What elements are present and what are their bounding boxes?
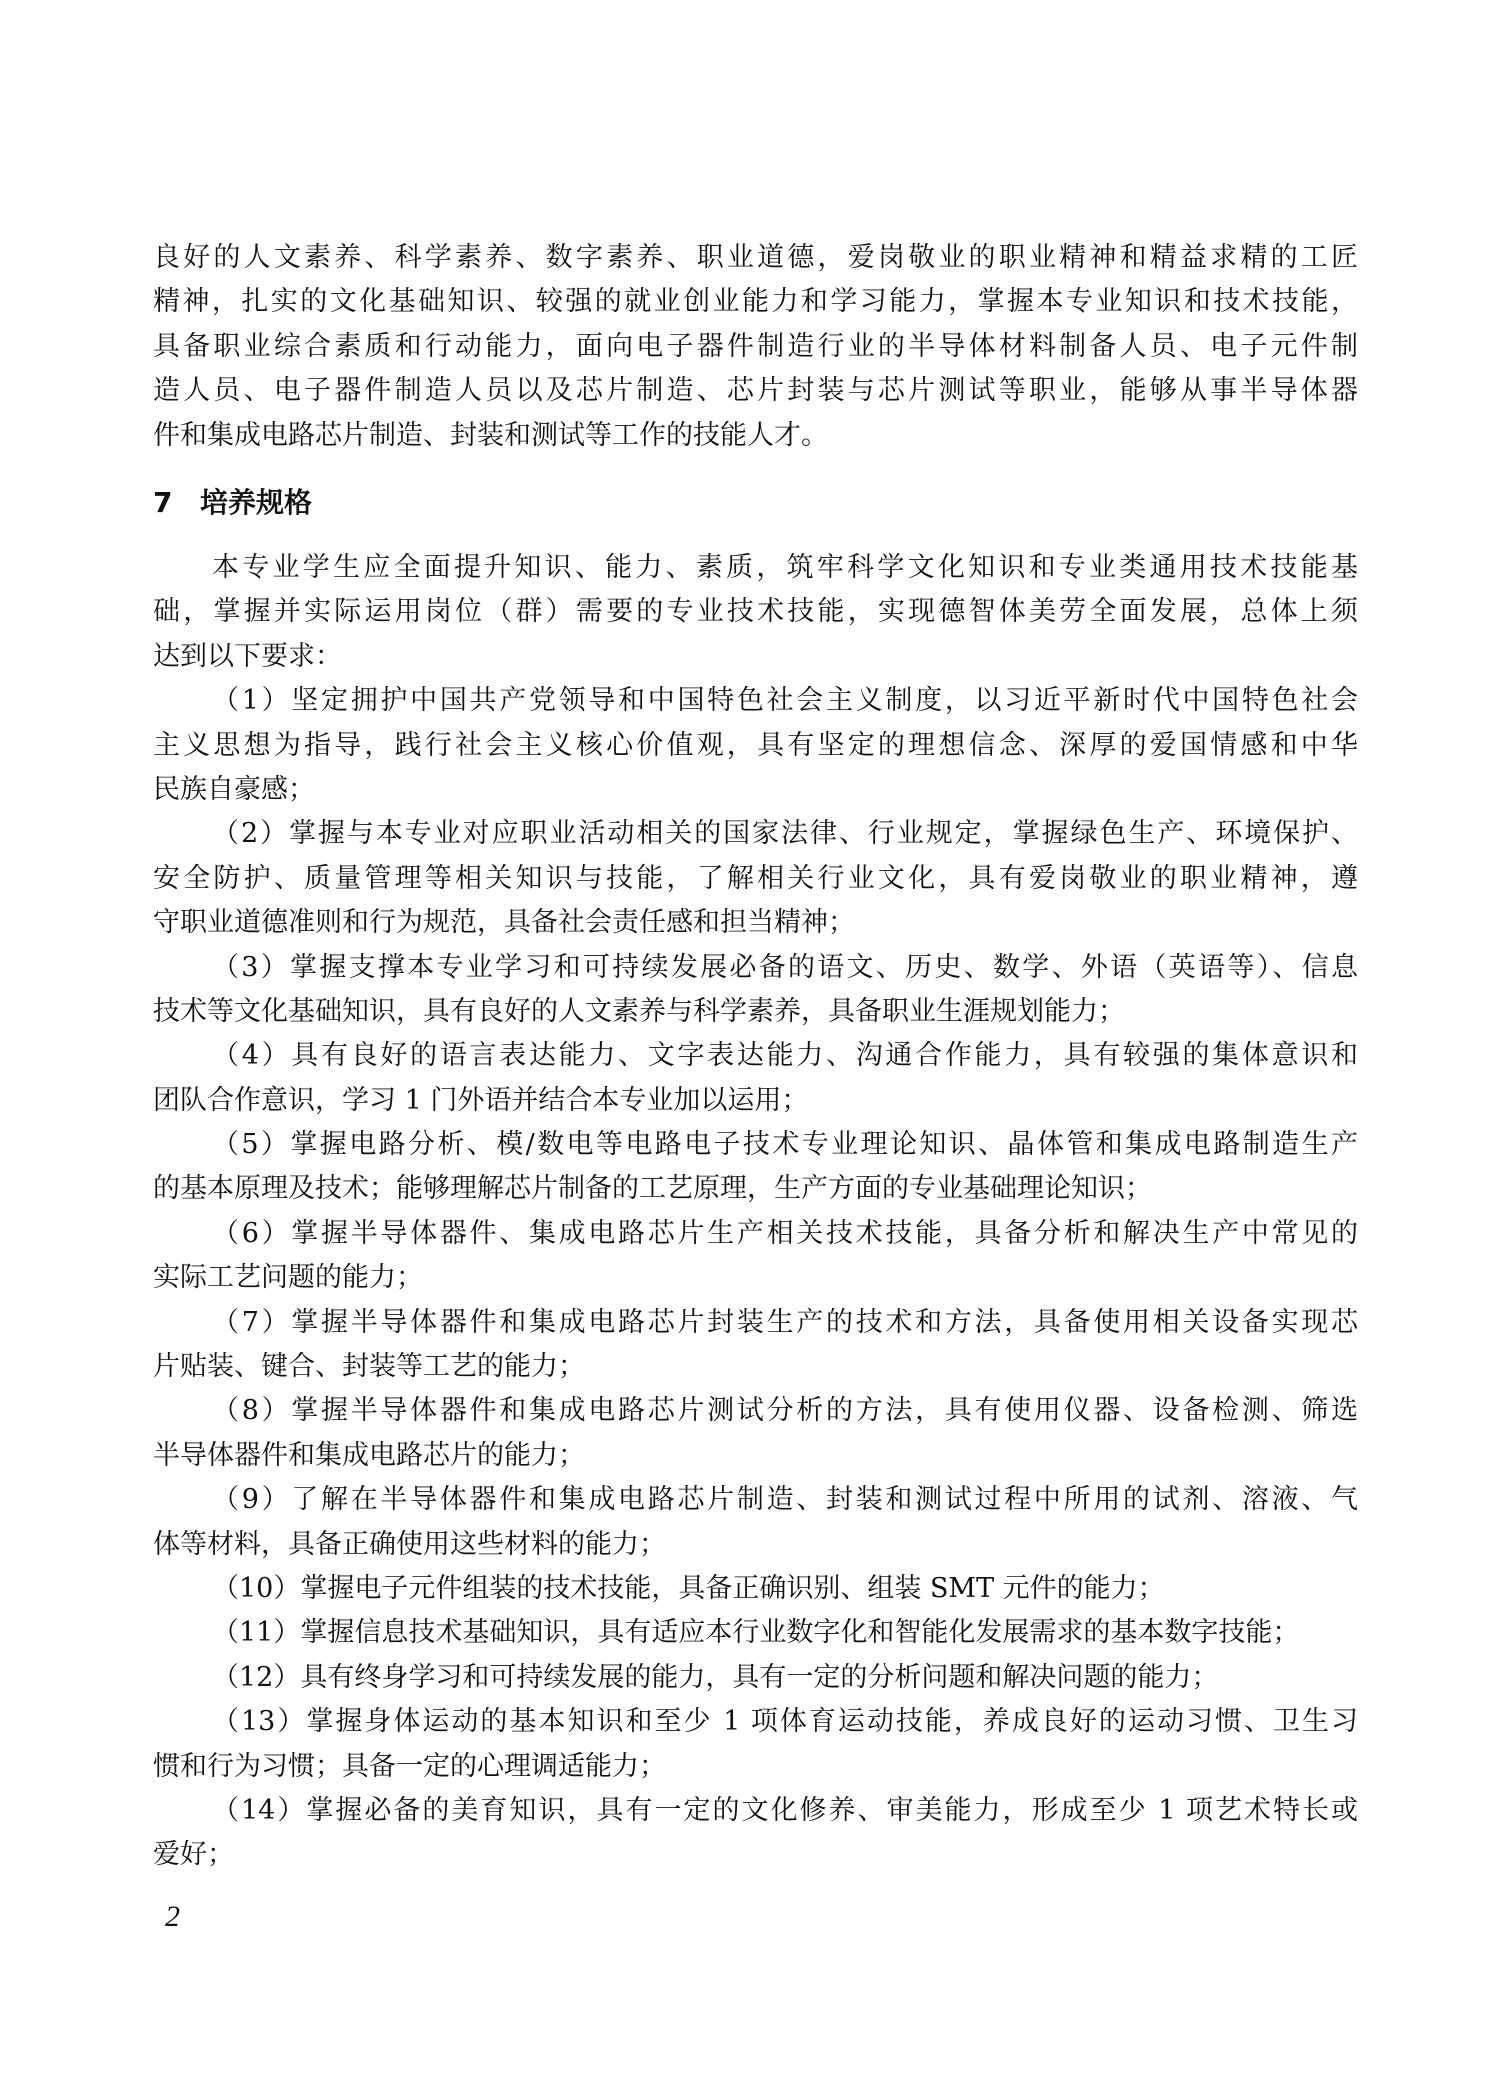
- requirement-line: 安全防护、质量管理等相关知识与技能，了解相关行业文化，具有爱岗敬业的职业精神，遵: [153, 857, 1358, 901]
- requirement-line: （12）具有终身学习和可持续发展的能力，具有一定的分析问题和解决问题的能力；: [153, 1656, 1358, 1700]
- requirement-item: （4）具有良好的语言表达能力、文字表达能力、沟通合作能力，具有较强的集体意识和团…: [153, 1034, 1358, 1123]
- requirement-line: （10）掌握电子元件组装的技术技能，具备正确识别、组装 SMT 元件的能力；: [153, 1567, 1358, 1611]
- section-number: 7: [153, 481, 200, 525]
- requirement-line: （4）具有良好的语言表达能力、文字表达能力、沟通合作能力，具有较强的集体意识和: [153, 1034, 1358, 1078]
- page-number: 2: [165, 1900, 180, 1934]
- section-title: 培养规格: [200, 486, 312, 519]
- requirement-line: （6）掌握半导体器件、集成电路芯片生产相关技术技能，具备分析和解决生产中常见的: [153, 1212, 1358, 1256]
- paragraph-line: 造人员、电子器件制造人员以及芯片制造、芯片封装与芯片测试等职业，能够从事半导体器: [153, 369, 1358, 413]
- requirement-line: （2）掌握与本专业对应职业活动相关的国家法律、行业规定，掌握绿色生产、环境保护、: [153, 812, 1358, 856]
- paragraph-line: 件和集成电路芯片制造、封装和测试等工作的技能人才。: [153, 414, 1358, 458]
- lead-paragraph: 本专业学生应全面提升知识、能力、素质，筑牢科学文化知识和专业类通用技术技能基 础…: [153, 546, 1358, 679]
- paragraph-line: 达到以下要求：: [153, 635, 1358, 679]
- requirement-line: 技术等文化基础知识，具有良好的人文素养与科学素养，具备职业生涯规划能力；: [153, 990, 1358, 1034]
- requirement-item: （9）了解在半导体器件和集成电路芯片制造、封装和测试过程中所用的试剂、溶液、气体…: [153, 1478, 1358, 1567]
- requirement-line: （11）掌握信息技术基础知识，具有适应本行业数字化和智能化发展需求的基本数字技能…: [153, 1611, 1358, 1655]
- requirement-item: （1）坚定拥护中国共产党领导和中国特色社会主义制度，以习近平新时代中国特色社会主…: [153, 679, 1358, 812]
- requirement-item: （11）掌握信息技术基础知识，具有适应本行业数字化和智能化发展需求的基本数字技能…: [153, 1611, 1358, 1655]
- requirement-line: 的基本原理及技术；能够理解芯片制备的工艺原理，生产方面的专业基础理论知识；: [153, 1167, 1358, 1211]
- paragraph-line: 本专业学生应全面提升知识、能力、素质，筑牢科学文化知识和专业类通用技术技能基: [153, 546, 1358, 590]
- section-body: 本专业学生应全面提升知识、能力、素质，筑牢科学文化知识和专业类通用技术技能基 础…: [153, 546, 1358, 1878]
- requirement-line: 片贴装、键合、封装等工艺的能力；: [153, 1345, 1358, 1389]
- paragraph-line: 具备职业综合素质和行动能力，面向电子器件制造行业的半导体材料制备人员、电子元件制: [153, 325, 1358, 369]
- requirement-line: （5）掌握电路分析、模/数电等电路电子技术专业理论知识、晶体管和集成电路制造生产: [153, 1123, 1358, 1167]
- requirement-line: 爱好；: [153, 1833, 1358, 1877]
- section-heading: 7培养规格: [153, 481, 312, 525]
- requirement-line: 守职业道德准则和行为规范，具备社会责任感和担当精神；: [153, 901, 1358, 945]
- requirement-line: 体等材料，具备正确使用这些材料的能力；: [153, 1523, 1358, 1567]
- requirement-item: （14）掌握必备的美育知识，具有一定的文化修养、审美能力，形成至少 1 项艺术特…: [153, 1789, 1358, 1878]
- requirement-item: （13）掌握身体运动的基本知识和至少 1 项体育运动技能，养成良好的运动习惯、卫…: [153, 1700, 1358, 1789]
- paragraph-line: 良好的人文素养、科学素养、数字素养、职业道德，爱岗敬业的职业精神和精益求精的工匠: [153, 236, 1358, 280]
- requirements-list: （1）坚定拥护中国共产党领导和中国特色社会主义制度，以习近平新时代中国特色社会主…: [153, 679, 1358, 1878]
- requirement-line: （1）坚定拥护中国共产党领导和中国特色社会主义制度，以习近平新时代中国特色社会: [153, 679, 1358, 723]
- requirement-line: 惯和行为习惯；具备一定的心理调适能力；: [153, 1745, 1358, 1789]
- requirement-item: （6）掌握半导体器件、集成电路芯片生产相关技术技能，具备分析和解决生产中常见的实…: [153, 1212, 1358, 1301]
- requirement-line: 团队合作意识，学习 1 门外语并结合本专业加以运用；: [153, 1079, 1358, 1123]
- requirement-line: 民族自豪感；: [153, 768, 1358, 812]
- requirement-line: 主义思想为指导，践行社会主义核心价值观，具有坚定的理想信念、深厚的爱国情感和中华: [153, 724, 1358, 768]
- requirement-line: 半导体器件和集成电路芯片的能力；: [153, 1434, 1358, 1478]
- requirement-item: （7）掌握半导体器件和集成电路芯片封装生产的技术和方法，具备使用相关设备实现芯片…: [153, 1301, 1358, 1390]
- requirement-item: （8）掌握半导体器件和集成电路芯片测试分析的方法，具有使用仪器、设备检测、筛选半…: [153, 1389, 1358, 1478]
- requirement-line: （13）掌握身体运动的基本知识和至少 1 项体育运动技能，养成良好的运动习惯、卫…: [153, 1700, 1358, 1744]
- requirement-item: （3）掌握支撑本专业学习和可持续发展必备的语文、历史、数学、外语（英语等）、信息…: [153, 946, 1358, 1035]
- requirement-line: （14）掌握必备的美育知识，具有一定的文化修养、审美能力，形成至少 1 项艺术特…: [153, 1789, 1358, 1833]
- requirement-line: 实际工艺问题的能力；: [153, 1256, 1358, 1300]
- paragraph-line: 础，掌握并实际运用岗位（群）需要的专业技术技能，实现德智体美劳全面发展，总体上须: [153, 590, 1358, 634]
- requirement-line: （3）掌握支撑本专业学习和可持续发展必备的语文、历史、数学、外语（英语等）、信息: [153, 946, 1358, 990]
- requirement-item: （12）具有终身学习和可持续发展的能力，具有一定的分析问题和解决问题的能力；: [153, 1656, 1358, 1700]
- requirement-line: （9）了解在半导体器件和集成电路芯片制造、封装和测试过程中所用的试剂、溶液、气: [153, 1478, 1358, 1522]
- requirement-item: （10）掌握电子元件组装的技术技能，具备正确识别、组装 SMT 元件的能力；: [153, 1567, 1358, 1611]
- requirement-line: （7）掌握半导体器件和集成电路芯片封装生产的技术和方法，具备使用相关设备实现芯: [153, 1301, 1358, 1345]
- requirement-line: （8）掌握半导体器件和集成电路芯片测试分析的方法，具有使用仪器、设备检测、筛选: [153, 1389, 1358, 1433]
- document-page: 良好的人文素养、科学素养、数字素养、职业道德，爱岗敬业的职业精神和精益求精的工匠…: [0, 0, 1503, 2094]
- requirement-item: （5）掌握电路分析、模/数电等电路电子技术专业理论知识、晶体管和集成电路制造生产…: [153, 1123, 1358, 1212]
- intro-paragraph: 良好的人文素养、科学素养、数字素养、职业道德，爱岗敬业的职业精神和精益求精的工匠…: [153, 236, 1358, 458]
- paragraph-line: 精神，扎实的文化基础知识、较强的就业创业能力和学习能力，掌握本专业知识和技术技能…: [153, 280, 1358, 324]
- requirement-item: （2）掌握与本专业对应职业活动相关的国家法律、行业规定，掌握绿色生产、环境保护、…: [153, 812, 1358, 945]
